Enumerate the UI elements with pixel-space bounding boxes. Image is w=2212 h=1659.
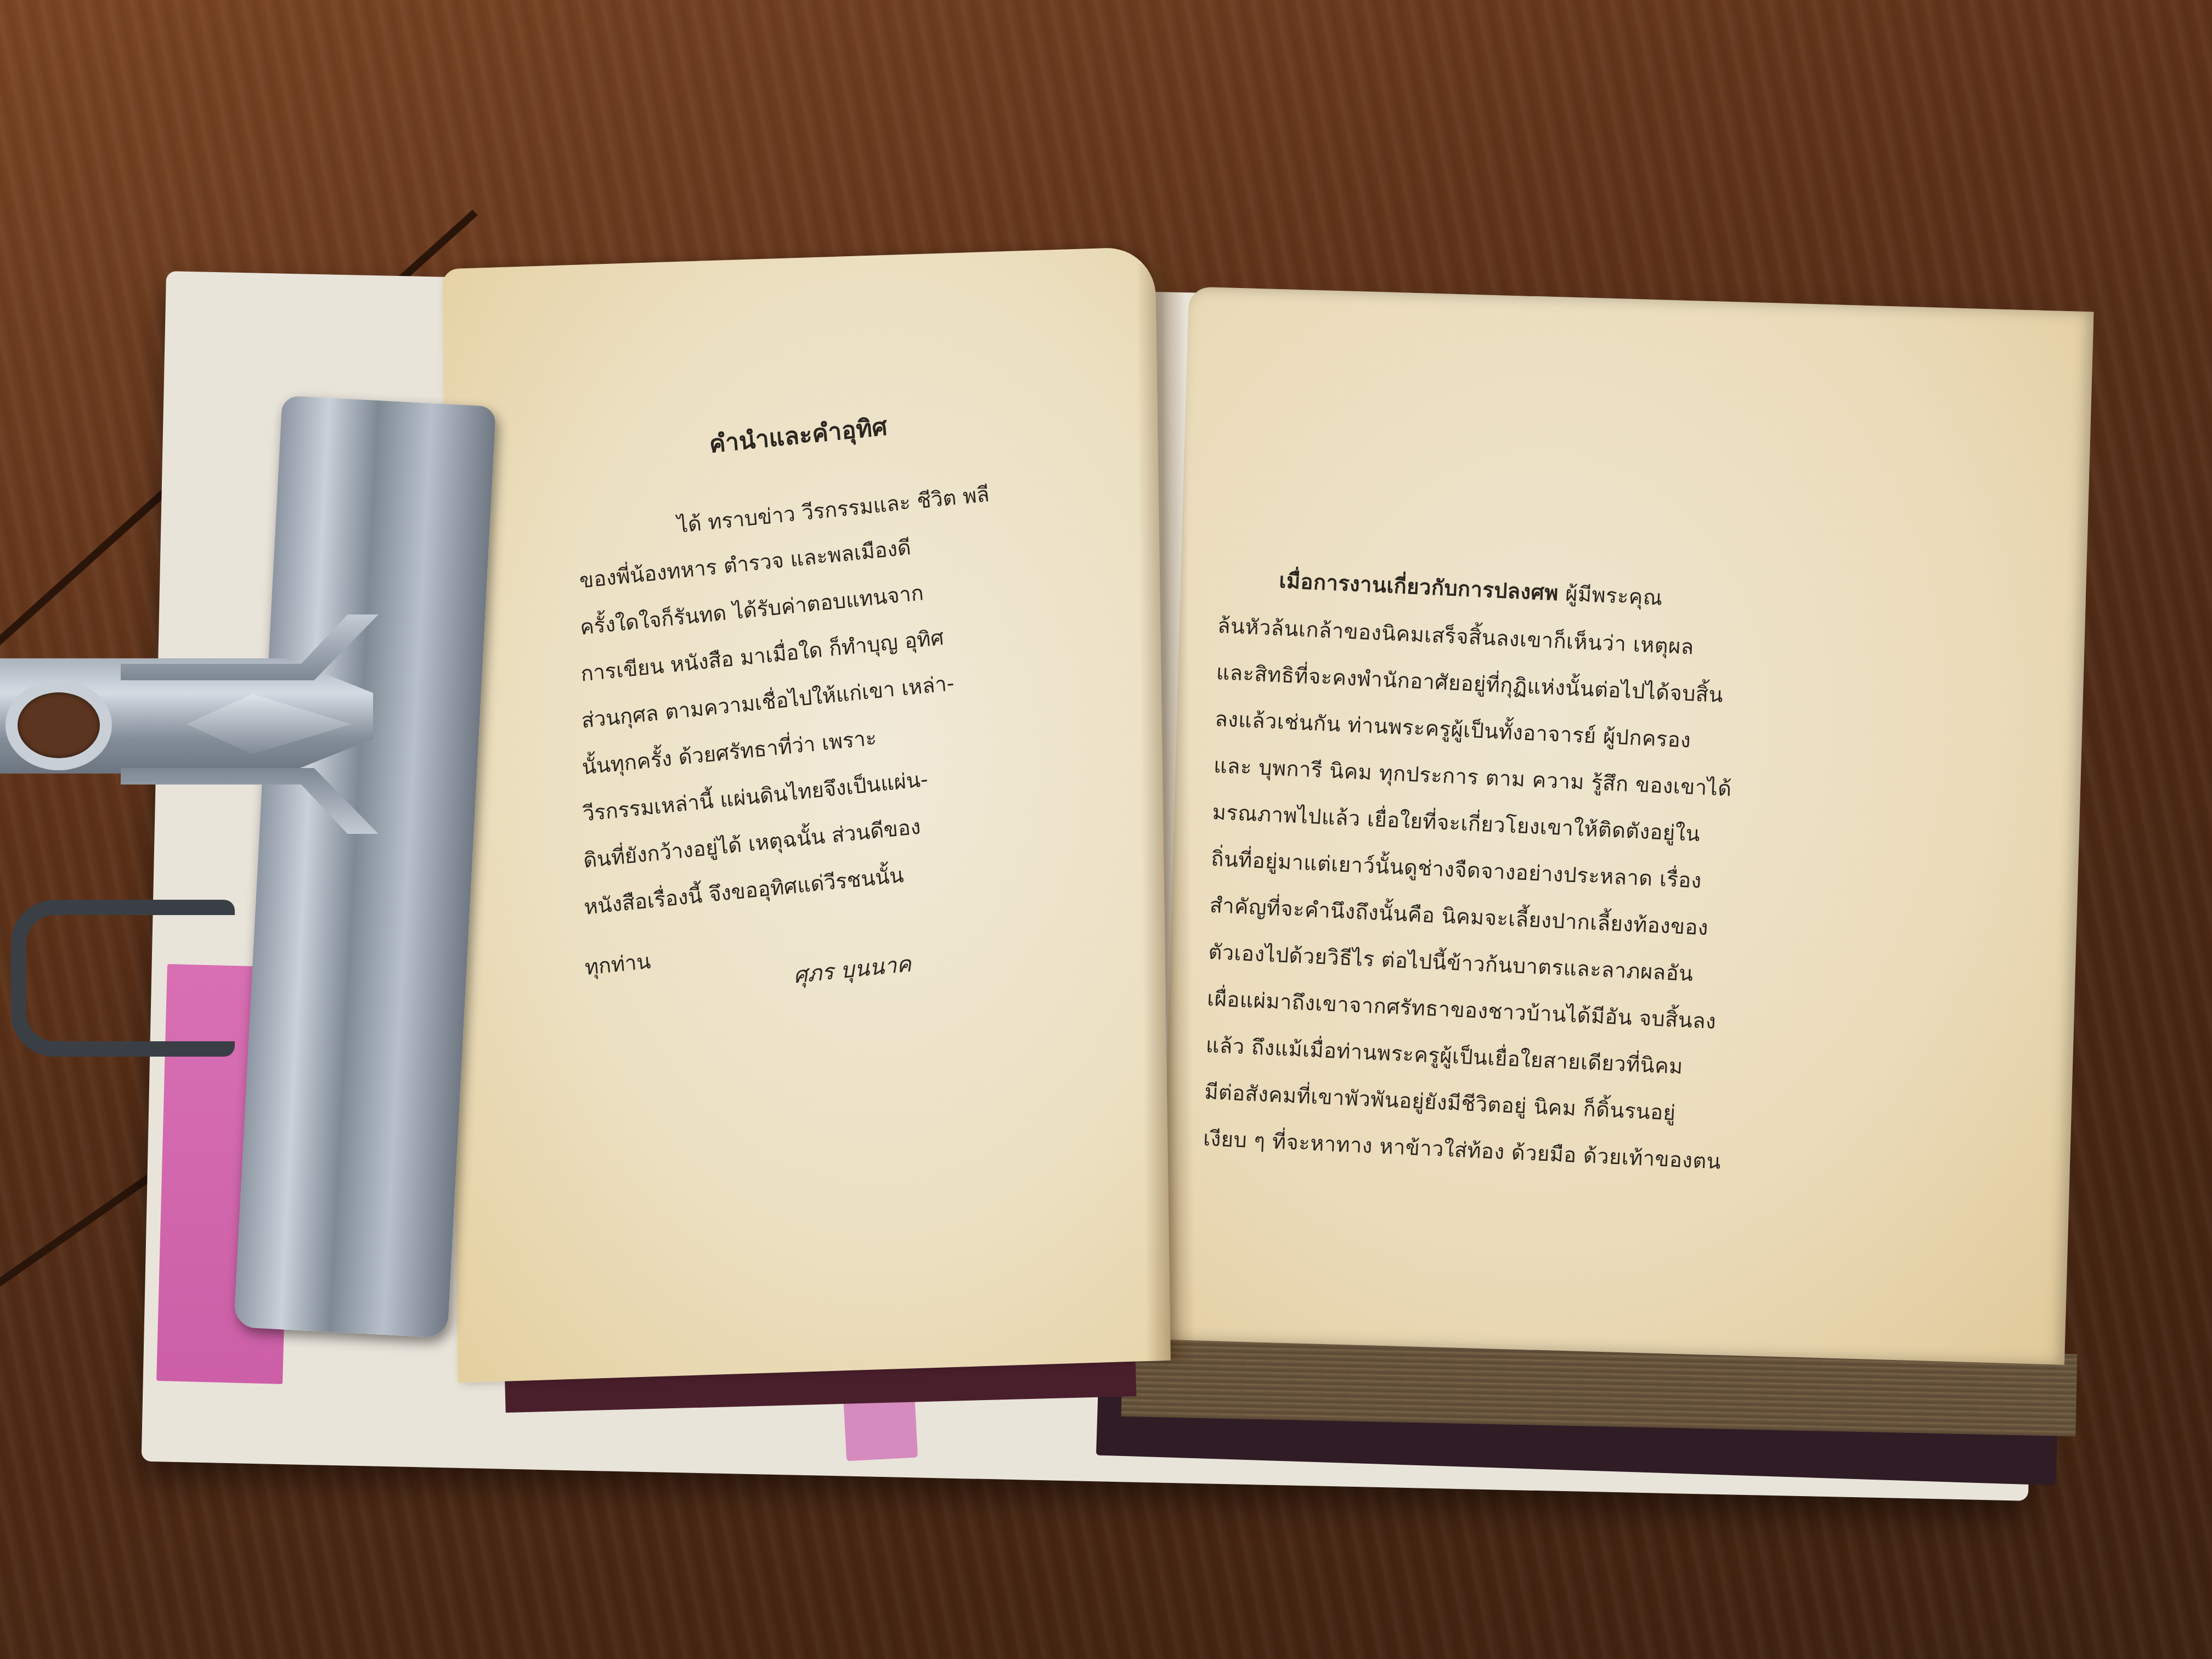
right-page-line: แล้ว ถึงแม้เมื่อท่านพระครูผู้เป็นเยื่อใย… [1205, 1028, 1684, 1083]
left-page-line: ทุกท่าน [583, 944, 652, 984]
chapter-opening-bold: เมื่อการงานเกี่ยวกับการปลงศพ [1279, 568, 1559, 605]
right-page-line: และ บุพการี นิคม ทุกประการ ตาม ความ รู้ส… [1213, 748, 1733, 805]
right-page-line: ตัวเองไปด้วยวิธีไร ต่อไปนี้ข้าวก้นบาตรแล… [1207, 935, 1694, 990]
author-signature: ศุภร บุนนาค [792, 946, 913, 992]
right-page-line: เมื่อการงานเกี่ยวกับการปลงศพ ผู้มีพระคุณ [1278, 563, 1663, 614]
book-gutter-shadow [1136, 263, 1195, 1361]
left-page-title: คำนำและคำอุทิศ [708, 407, 889, 464]
left-page-line: ได้ ทราบข่าว วีรกรรมและ ชีวิต พลี [676, 477, 991, 542]
right-page-line: ล้นหัวล้นเกล้าของนิคมเสร็จสิ้นลงเขาก็เห็… [1217, 608, 1695, 663]
left-page: คำนำและคำอุทิศ ได้ ทราบข่าว วีรกรรมและ ช… [442, 247, 1171, 1383]
right-page-line: และสิทธิที่จะคงพำนักอาศัยอยู่ที่กุฏิแห่ง… [1216, 655, 1724, 712]
right-page: เมื่อการงานเกี่ยวกับการปลงศพ ผู้มีพระคุณ… [1160, 286, 2094, 1364]
right-page-line: มรณภาพไปแล้ว เยื่อใยที่จะเกี่ยวโยงเขาให้… [1212, 795, 1701, 850]
right-page-line: ถิ่นที่อยู่มาแต่เยาว์นั้นดูช่างจืดจางอย่… [1210, 842, 1702, 898]
binder-clip-spring [11, 900, 235, 1057]
right-page-line: เผื่อแผ่มาถึงเขาจากศรัทธาของชาวบ้านได้มี… [1206, 981, 1717, 1038]
right-page-line: สำคัญที่จะคำนึงถึงนั้นคือ นิคมจะเลี้ยงปา… [1209, 888, 1709, 944]
right-page-line: มีต่อสังคมที่เขาพัวพันอยู่ยังมีชีวิตอยู่… [1204, 1075, 1677, 1130]
binder-clip-hole [5, 680, 112, 770]
right-page-line: ลงแล้วเช่นกัน ท่านพระครูผู้เป็นทั้งอาจาร… [1214, 702, 1691, 757]
right-page-line: เงียบ ๆ ที่จะหาทาง หาข้าวใส่ท้อง ด้วยมือ… [1203, 1121, 1722, 1178]
